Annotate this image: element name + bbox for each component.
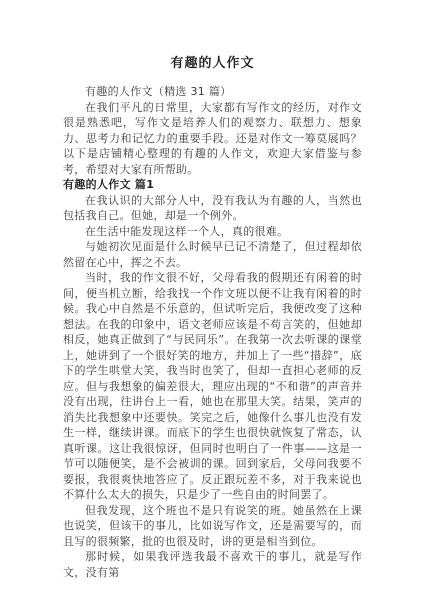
body-paragraph-4: 当时，我的作文很不好，父母看我的假期还有闲着的时间，便当机立断，给我找一个作文班… (63, 270, 362, 503)
intro-paragraph: 在我们平凡的日常里，大家都有写作文的经历，对作文很是熟悉吧，写作文是培养人们的观… (63, 100, 362, 178)
body-paragraph-3: 与她初次见面是什么时候早已记不清楚了，但过程却依然留在心中，挥之不去。 (63, 239, 362, 270)
document-page: 有趣的人作文 有趣的人作文（精选 31 篇） 在我们平凡的日常里，大家都有写作文… (0, 0, 424, 600)
page-title: 有趣的人作文 (63, 56, 362, 72)
section-heading: 有趣的人作文 篇1 (63, 177, 362, 193)
body-paragraph-6-truncated: 那时候，如果我评选我最不喜欢干的事儿，就是写作文，没有第 (63, 549, 362, 580)
subtitle-line: 有趣的人作文（精选 31 篇） (63, 84, 362, 100)
body-paragraph-1: 在我认识的大部分人中，没有我认为有趣的人，当然也包括我自己。但她，却是一个例外。 (63, 193, 362, 224)
body-paragraph-5: 但我发现，这个班也不是只有说笑的班。她虽然在上课也说笑，但该干的事儿，比如说写作… (63, 503, 362, 550)
body-paragraph-2: 在生活中能发现这样一个人，真的很难。 (63, 224, 362, 240)
